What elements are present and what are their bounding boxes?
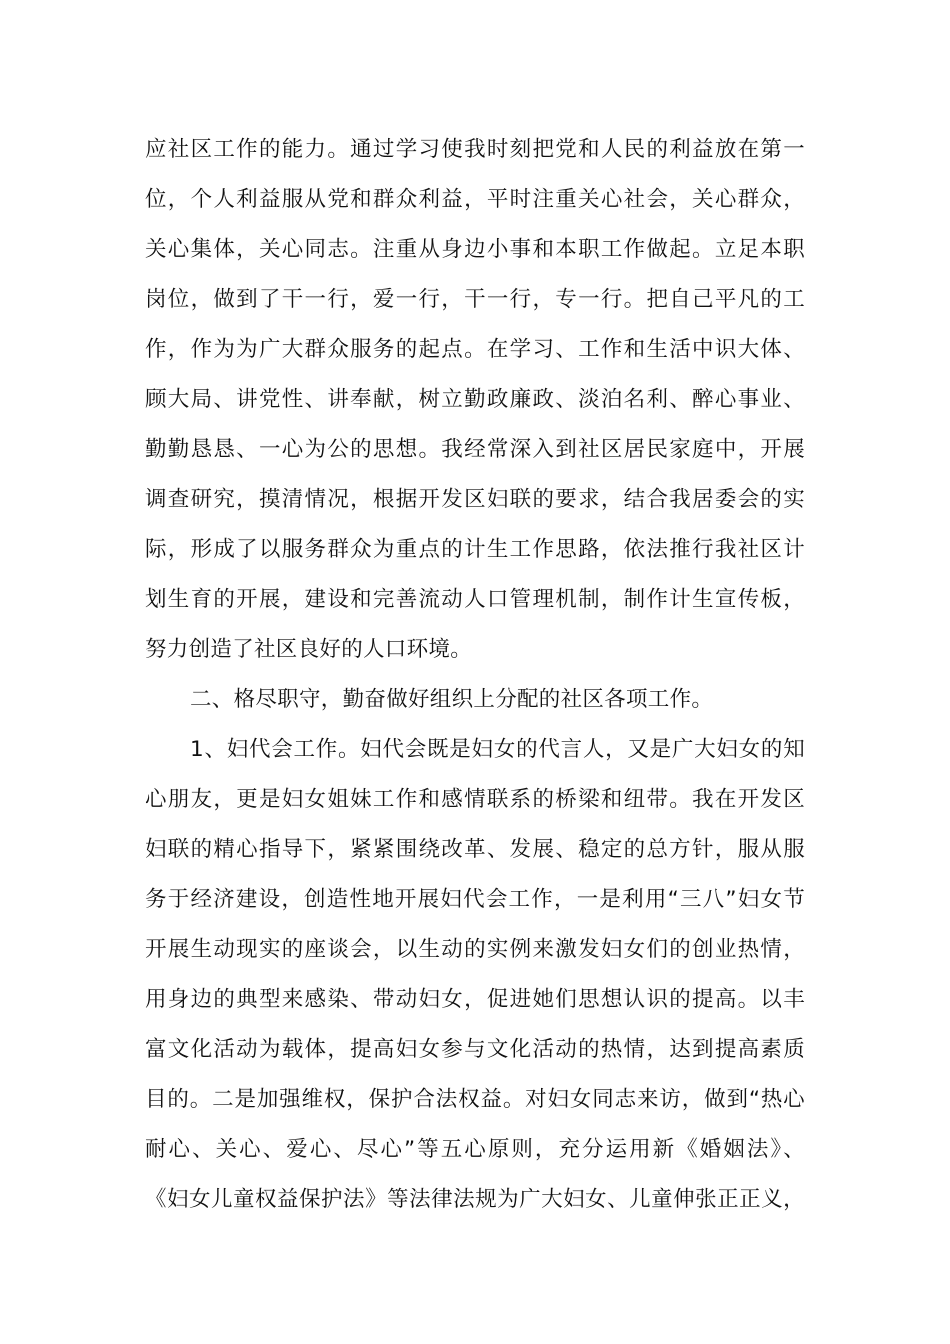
text-line: 位，个人利益服从党和群众利益，平时注重关心社会，关心群众， bbox=[145, 175, 805, 225]
text-line: 努力创造了社区良好的人口环境。 bbox=[145, 625, 805, 675]
text-line: 1、妇代会工作。妇代会既是妇女的代言人，又是广大妇女的知 bbox=[145, 725, 805, 775]
text-line: 应社区工作的能力。通过学习使我时刻把党和人民的利益放在第一 bbox=[145, 125, 805, 175]
text-line: 富文化活动为载体，提高妇女参与文化活动的热情，达到提高素质 bbox=[145, 1025, 805, 1075]
paragraph-1: 应社区工作的能力。通过学习使我时刻把党和人民的利益放在第一 位，个人利益服从党和… bbox=[145, 125, 805, 675]
text-line: 顾大局、讲党性、讲奉献，树立勤政廉政、淡泊名利、醉心事业、 bbox=[145, 375, 805, 425]
text-line: 开展生动现实的座谈会，以生动的实例来激发妇女们的创业热情， bbox=[145, 925, 805, 975]
text-line: 岗位，做到了干一行，爱一行，干一行，专一行。把自己平凡的工 bbox=[145, 275, 805, 325]
text-line: 妇联的精心指导下，紧紧围绕改革、发展、稳定的总方针，服从服 bbox=[145, 825, 805, 875]
text-line: 务于经济建设，创造性地开展妇代会工作，一是利用“三八”妇女节 bbox=[145, 875, 805, 925]
text-line: 用身边的典型来感染、带动妇女，促进她们思想认识的提高。以丰 bbox=[145, 975, 805, 1025]
text-line: 《妇女儿童权益保护法》等法律法规为广大妇女、儿童伸张正正义， bbox=[145, 1175, 805, 1225]
text-line: 调查研究，摸清情况，根据开发区妇联的要求，结合我居委会的实 bbox=[145, 475, 805, 525]
document-page: 应社区工作的能力。通过学习使我时刻把党和人民的利益放在第一 位，个人利益服从党和… bbox=[145, 125, 805, 1225]
text-line: 作，作为为广大群众服务的起点。在学习、工作和生活中识大体、 bbox=[145, 325, 805, 375]
text-line: 目的。二是加强维权，保护合法权益。对妇女同志来访，做到“热心 bbox=[145, 1075, 805, 1125]
text-line: 勤勤恳恳、一心为公的思想。我经常深入到社区居民家庭中，开展 bbox=[145, 425, 805, 475]
heading-line: 二、格尽职守，勤奋做好组织上分配的社区各项工作。 bbox=[145, 675, 805, 725]
text-line: 划生育的开展，建设和完善流动人口管理机制，制作计生宣传板， bbox=[145, 575, 805, 625]
section-heading-2: 二、格尽职守，勤奋做好组织上分配的社区各项工作。 bbox=[145, 675, 805, 725]
text-line: 耐心、关心、爱心、尽心”等五心原则，充分运用新《婚姻法》、 bbox=[145, 1125, 805, 1175]
text-line: 际，形成了以服务群众为重点的计生工作思路，依法推行我社区计 bbox=[145, 525, 805, 575]
text-line: 心朋友，更是妇女姐妹工作和感情联系的桥梁和纽带。我在开发区 bbox=[145, 775, 805, 825]
paragraph-3: 1、妇代会工作。妇代会既是妇女的代言人，又是广大妇女的知 心朋友，更是妇女姐妹工… bbox=[145, 725, 805, 1225]
text-line: 关心集体，关心同志。注重从身边小事和本职工作做起。立足本职 bbox=[145, 225, 805, 275]
